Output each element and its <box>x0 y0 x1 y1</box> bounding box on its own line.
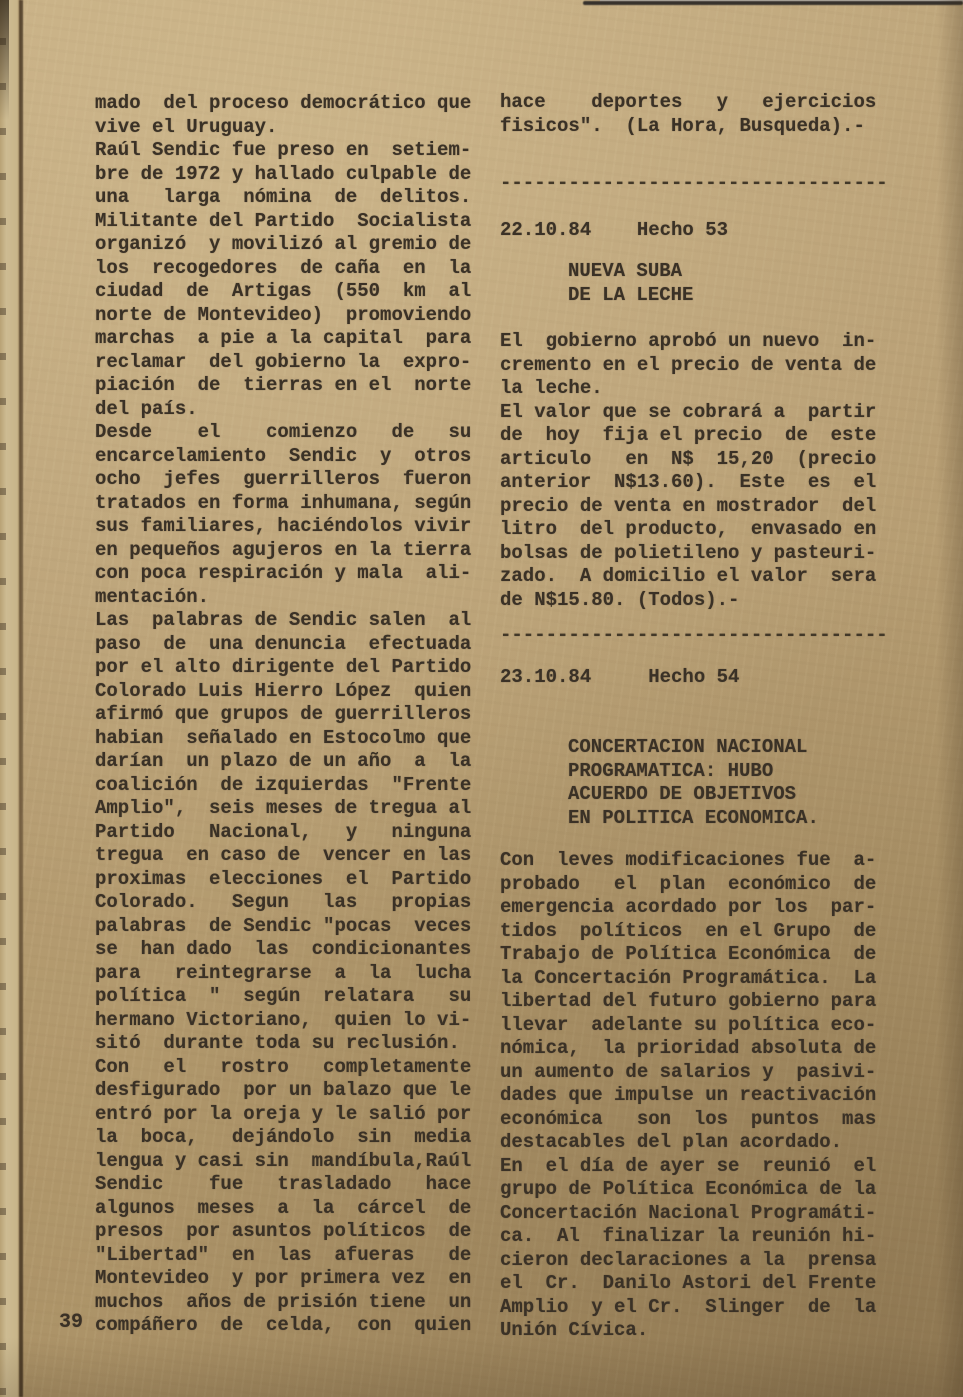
text-line: Desde el comienzo de su <box>95 421 490 445</box>
text-line: sitó durante toda su reclusión. <box>95 1032 490 1056</box>
left-column: mado del proceso democrático quevive el … <box>95 92 490 1338</box>
separator-block: ---------------------------------- <box>500 172 900 196</box>
entry-header: 23.10.84 Hecho 54 <box>500 666 900 690</box>
text-line: bre de 1972 y hallado culpable de <box>95 163 490 187</box>
text-line: para reintegrarse a la lucha <box>95 962 490 986</box>
binding-tick-marks <box>0 0 6 1397</box>
body-block: El gobierno aprobó un nuevo in-cremento … <box>500 330 900 612</box>
text-line: zado. A domicilio el valor sera <box>500 565 900 589</box>
text-line: la Concertación Programática. La <box>500 967 900 991</box>
page-right-shadow <box>937 0 963 1397</box>
text-line: mentación. <box>95 586 490 610</box>
text-line: cieron declaraciones a la prensa <box>500 1249 900 1273</box>
text-line: marchas a pie a la capital para <box>95 327 490 351</box>
text-line: fisicos". (La Hora, Busqueda).- <box>500 115 900 139</box>
text-line: anterior N$13.60). Este es el <box>500 471 900 495</box>
text-line: afirmó que grupos de guerrilleros <box>95 703 490 727</box>
text-line: sus familiares, haciéndolos vivir <box>95 515 490 539</box>
title-line: DE LA LECHE <box>500 284 900 308</box>
text-line: desfigurado por un balazo que le <box>95 1079 490 1103</box>
right-column: hace deportes y ejerciciosfisicos". (La … <box>500 91 900 1343</box>
entry-date-and-number: 23.10.84 Hecho 54 <box>500 666 900 690</box>
body-block: hace deportes y ejerciciosfisicos". (La … <box>500 91 900 138</box>
entry-date-and-number: 22.10.84 Hecho 53 <box>500 219 900 243</box>
page-bottom-shadow <box>0 1337 963 1397</box>
title-line: NUEVA SUBA <box>500 260 900 284</box>
text-line: hace deportes y ejercicios <box>500 91 900 115</box>
text-line: "Libertad" en las afueras de <box>95 1244 490 1268</box>
title-line: CONCERTACION NACIONAL <box>500 736 900 760</box>
page-number: 39 <box>59 1311 83 1335</box>
text-line: reclamar del gobierno la expro- <box>95 351 490 375</box>
text-line: vive el Uruguay. <box>95 116 490 140</box>
text-line: hermano Victoriano, quien lo vi- <box>95 1009 490 1033</box>
text-line: El gobierno aprobó un nuevo in- <box>500 330 900 354</box>
text-line: el Cr. Danilo Astori del Frente <box>500 1272 900 1296</box>
text-line: Partido Nacional, y ninguna <box>95 821 490 845</box>
text-line: de N$15.80. (Todos).- <box>500 589 900 613</box>
text-line: libertad del futuro gobierno para <box>500 990 900 1014</box>
text-line: algunos meses a la cárcel de <box>95 1197 490 1221</box>
text-line: Colorado Luis Hierro López quien <box>95 680 490 704</box>
text-line: piación de tierras en el norte <box>95 374 490 398</box>
text-line: tratados en forma inhumana, según <box>95 492 490 516</box>
scanned-page: mado del proceso democrático quevive el … <box>0 0 963 1397</box>
text-line: de hoy fija el precio de este <box>500 424 900 448</box>
text-line: tregua en caso de vencer en las <box>95 844 490 868</box>
separator-line: ---------------------------------- <box>500 172 900 196</box>
text-line: la boca, dejándolo sin media <box>95 1126 490 1150</box>
text-line: grupo de Política Económica de la <box>500 1178 900 1202</box>
text-line: del país. <box>95 398 490 422</box>
text-line: ciudad de Artigas (550 km al <box>95 280 490 304</box>
title-line: EN POLITICA ECONOMICA. <box>500 807 900 831</box>
text-line: darían un plazo de un año a la <box>95 750 490 774</box>
text-line: articulo en N$ 15,20 (precio <box>500 448 900 472</box>
text-line: nómica, la prioridad absoluta de <box>500 1037 900 1061</box>
text-line: la leche. <box>500 377 900 401</box>
text-line: tidos políticos en el Grupo de <box>500 920 900 944</box>
text-line: paso de una denuncia efectuada <box>95 633 490 657</box>
text-line: Raúl Sendic fue preso en setiem- <box>95 139 490 163</box>
text-line: una larga nómina de delitos. <box>95 186 490 210</box>
text-line: muchos años de prisión tiene un <box>95 1291 490 1315</box>
text-line: compáñero de celda, con quien <box>95 1314 490 1338</box>
page-top-edge-line <box>583 1 963 5</box>
body-block: Con leves modificaciones fue a-probado e… <box>500 849 900 1343</box>
text-line: económica son los puntos mas <box>500 1108 900 1132</box>
title-line: PROGRAMATICA: HUBO <box>500 760 900 784</box>
text-line: ca. Al finalizar la reunión hi- <box>500 1225 900 1249</box>
text-line: emergencia acordado por los par- <box>500 896 900 920</box>
text-line: Trabajo de Política Económica de <box>500 943 900 967</box>
text-line: El valor que se cobrará a partir <box>500 401 900 425</box>
text-line: Militante del Partido Socialista <box>95 210 490 234</box>
text-line: mado del proceso democrático que <box>95 92 490 116</box>
text-line: proximas elecciones el Partido <box>95 868 490 892</box>
text-line: norte de Montevideo) promoviendo <box>95 304 490 328</box>
text-line: ocho jefes guerrilleros fueron <box>95 468 490 492</box>
text-line: en pequeños agujeros en la tierra <box>95 539 490 563</box>
text-line: En el día de ayer se reunió el <box>500 1155 900 1179</box>
text-line: probado el plan económico de <box>500 873 900 897</box>
entry-header: 22.10.84 Hecho 53 <box>500 219 900 243</box>
text-line: presos por asuntos políticos de <box>95 1220 490 1244</box>
text-line: dades que impulse un reactivación <box>500 1084 900 1108</box>
text-line: política " según relatara su <box>95 985 490 1009</box>
text-line: Con el rostro completamente <box>95 1056 490 1080</box>
text-line: precio de venta en mostrador del <box>500 495 900 519</box>
separator-block: ---------------------------------- <box>500 624 900 648</box>
text-line: se han dado las condicionantes <box>95 938 490 962</box>
text-line: Las palabras de Sendic salen al <box>95 609 490 633</box>
text-line: palabras de Sendic "pocas veces <box>95 915 490 939</box>
text-line: con poca respiración y mala ali- <box>95 562 490 586</box>
text-line: lengua y casi sin mandíbula,Raúl <box>95 1150 490 1174</box>
text-line: litro del producto, envasado en <box>500 518 900 542</box>
title-line: ACUERDO DE OBJETIVOS <box>500 783 900 807</box>
text-line: Montevideo y por primera vez en <box>95 1267 490 1291</box>
text-line: cremento en el precio de venta de <box>500 354 900 378</box>
binding-crease <box>19 0 23 1397</box>
text-line: los recogedores de caña en la <box>95 257 490 281</box>
separator-line: ---------------------------------- <box>500 624 900 648</box>
page-left-edge-shadow <box>0 0 9 120</box>
text-line: Amplio y el Cr. Slinger de la <box>500 1296 900 1320</box>
text-line: encarcelamiento Sendic y otros <box>95 445 490 469</box>
text-line: habian señalado en Estocolmo que <box>95 727 490 751</box>
text-line: Amplio", seis meses de tregua al <box>95 797 490 821</box>
text-line: un aumento de salarios y pasivi- <box>500 1061 900 1085</box>
title-block: CONCERTACION NACIONALPROGRAMATICA: HUBOA… <box>500 736 900 830</box>
text-line: Colorado. Segun las propias <box>95 891 490 915</box>
text-line: llevar adelante su política eco- <box>500 1014 900 1038</box>
text-line: bolsas de polietileno y pasteuri- <box>500 542 900 566</box>
text-line: organizó y movilizó al gremio de <box>95 233 490 257</box>
title-block: NUEVA SUBADE LA LECHE <box>500 260 900 307</box>
text-line: Con leves modificaciones fue a- <box>500 849 900 873</box>
text-line: coalición de izquierdas "Frente <box>95 774 490 798</box>
text-line: por el alto dirigente del Partido <box>95 656 490 680</box>
text-line: entró por la oreja y le salió por <box>95 1103 490 1127</box>
text-line: destacables del plan acordado. <box>500 1131 900 1155</box>
text-line: Sendic fue trasladado hace <box>95 1173 490 1197</box>
text-line: Concertación Nacional Programáti- <box>500 1202 900 1226</box>
